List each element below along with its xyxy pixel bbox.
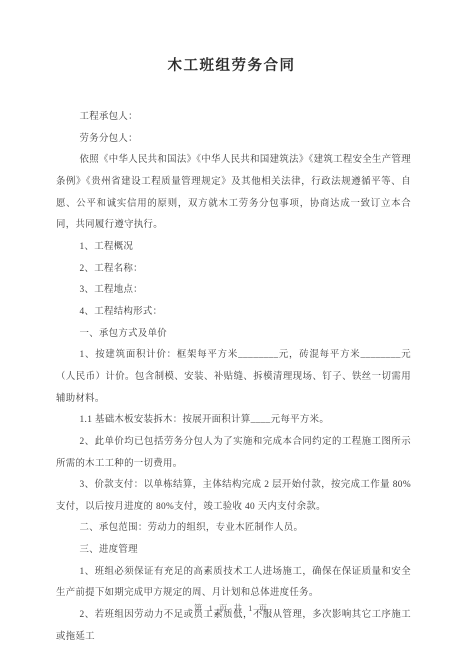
paragraph-section-scope: 二、承包范围：劳动力的组织，专业木匠制作人员。 xyxy=(56,518,411,540)
paragraph-subcontractor: 劳务分包人： xyxy=(56,129,411,151)
paragraph-schedule-1: 1、班组必须保证有充足的高素质技术工人进场施工，确保在保证质量和安全生产前提下如… xyxy=(56,562,411,605)
paragraph-structure-type: 4、工程结构形式： xyxy=(56,302,411,324)
page-footer: 第 1 页 共 1 页 xyxy=(0,602,463,614)
paragraph-section-contract-method: 一、承包方式及单价 xyxy=(56,324,411,346)
paragraph-price-inclusions: 2、此单价均已包括劳务分包人为了实施和完成本合同约定的工程施工图所示所需的木工工… xyxy=(56,432,411,475)
paragraph-preamble: 依照《中华人民共和国法》《中华人民共和国建筑法》《建筑工程安全生产管理条例》《贵… xyxy=(56,150,411,237)
paragraph-contractor: 工程承包人： xyxy=(56,107,411,129)
paragraph-project-overview: 1、工程概况 xyxy=(56,237,411,259)
paragraph-project-name: 2、工程名称： xyxy=(56,259,411,281)
document-page: 木工班组劳务合同 工程承包人： 劳务分包人： 依照《中华人民共和国法》《中华人民… xyxy=(0,0,463,655)
paragraph-foundation-formwork: 1.1 基础木板安装拆木：按展开面积计算____元每平方米。 xyxy=(56,410,411,432)
document-title: 木工班组劳务合同 xyxy=(0,0,463,75)
paragraph-payment-terms: 3、价款支付：以单栋结算，主体结构完成 2 层开始付款，按完成工作量 80%支付… xyxy=(56,475,411,518)
paragraph-section-schedule: 三、进度管理 xyxy=(56,540,411,562)
paragraph-project-location: 3、工程地点： xyxy=(56,280,411,302)
document-body: 工程承包人： 劳务分包人： 依照《中华人民共和国法》《中华人民共和国建筑法》《建… xyxy=(0,107,463,648)
paragraph-unit-price: 1、按建筑面积计价：框架每平方米________元，砖混每平方米________… xyxy=(56,345,411,410)
